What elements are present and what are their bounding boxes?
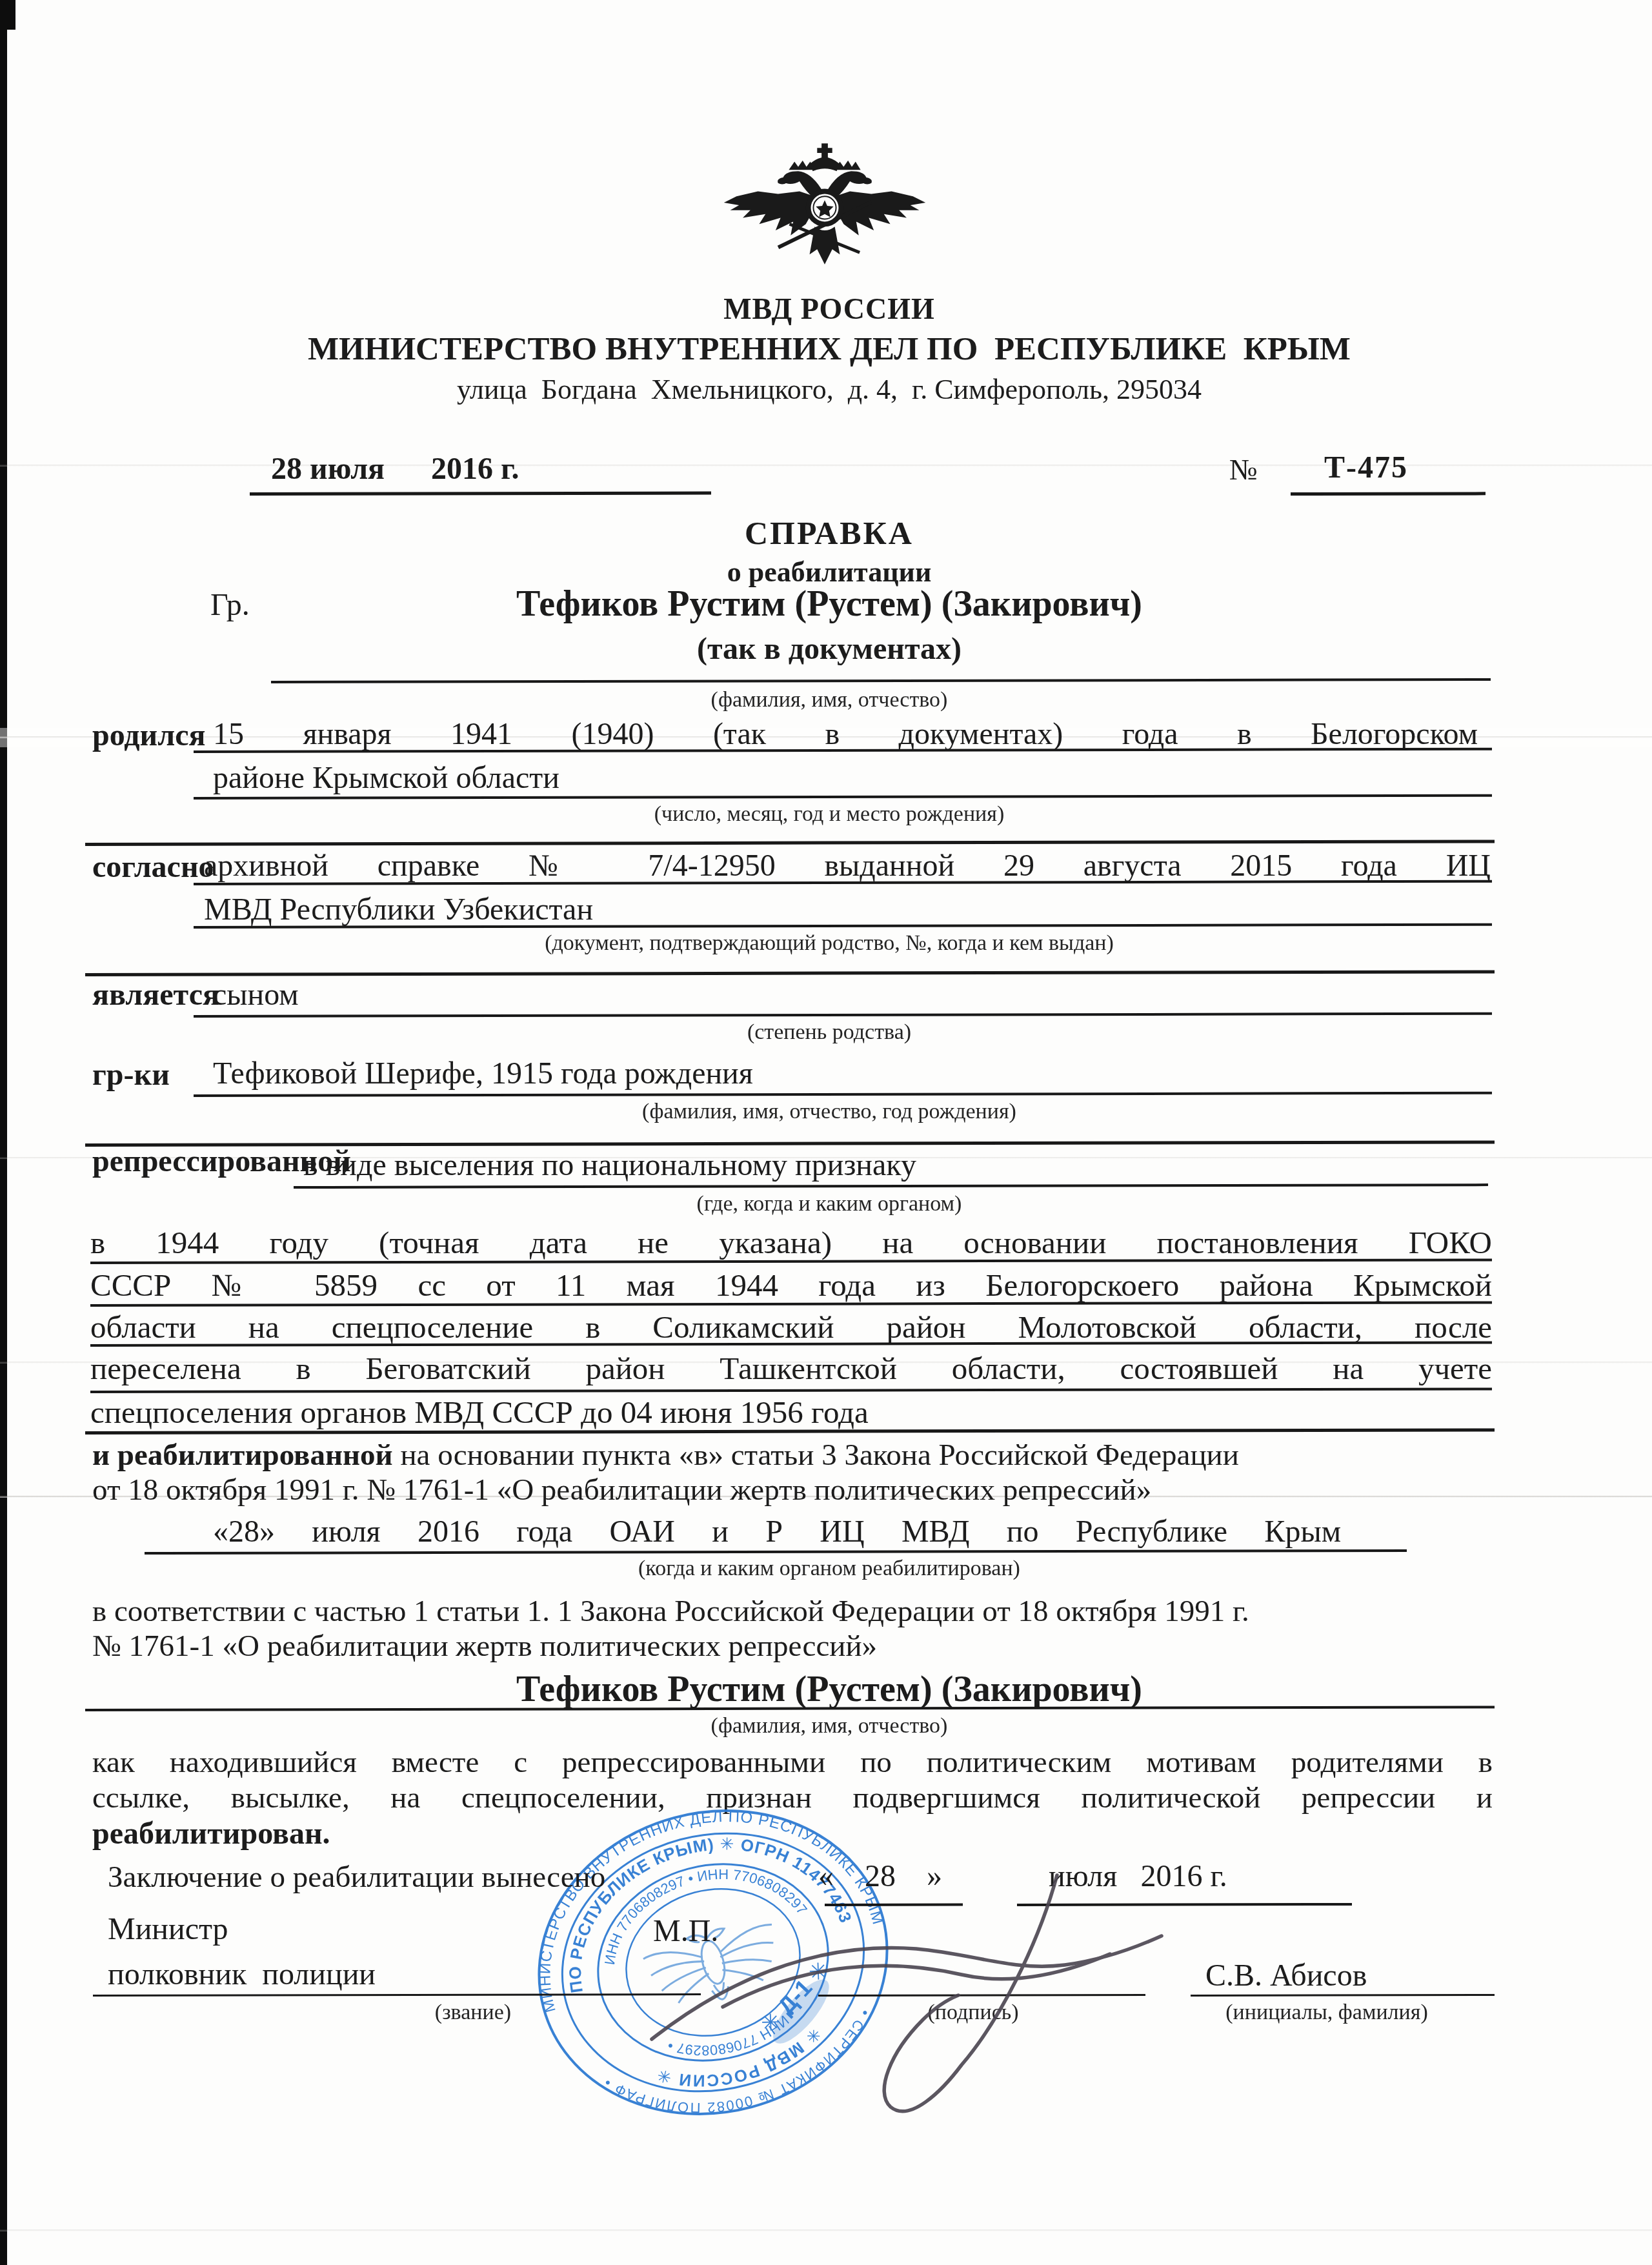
paper-crease (0, 2230, 1652, 2231)
citizen-caption: (фамилия, имя, отчество, год рождения) (84, 1100, 1575, 1124)
conclusion-name-caption: (фамилия, имя, отчество) (84, 1714, 1575, 1738)
issued-label: Заключение о реабилитации вынесено (108, 1860, 605, 1895)
repression-line: области на спецпоселение в Соликамский р… (90, 1309, 1492, 1345)
conclusion-line3: реабилитирован. (92, 1816, 330, 1851)
field-underline (145, 1549, 1407, 1555)
scan-edge-corner (0, 0, 15, 30)
signature-ink (600, 1846, 1194, 2207)
born-caption: (число, месяц, год и место рождения) (84, 802, 1575, 827)
relation-value: сыном (213, 977, 299, 1012)
rehabilitated-line3: «28» июля 2016 года ОАИ и Р ИЦ МВД по Ре… (213, 1514, 1341, 1549)
agency-full-line: МИНИСТЕРСТВО ВНУТРЕННИХ ДЕЛ ПО РЕСПУБЛИК… (84, 330, 1575, 368)
mvd-eagle-emblem (718, 142, 932, 268)
name-caption-bottom: (инициалы, фамилия) (1198, 2000, 1456, 2025)
born-label: родился (92, 718, 205, 753)
field-underline (194, 1012, 1492, 1018)
field-underline (194, 1092, 1492, 1097)
born-line2: районе Крымской области (213, 760, 559, 796)
rehabilitated-line2: от 18 октября 1991 г. № 1761-1 «О реабил… (92, 1473, 1151, 1507)
basis-line2: № 1761-1 «О реабилитации жертв политичес… (92, 1629, 877, 1664)
rehabilitated-caption: (когда и каким органом реабилитирован) (84, 1556, 1575, 1581)
date-underline (250, 492, 711, 496)
section-divider (85, 970, 1495, 976)
according-label: согласно (92, 849, 214, 885)
document-date: 28 июля 2016 г. (271, 451, 519, 487)
citizen-label: гр-ки (92, 1057, 170, 1092)
subject-name: Тефиков Рустим (Рустем) (Закирович) (84, 583, 1575, 625)
born-line1: 15 января 1941 (1940) (так в документах)… (213, 716, 1478, 752)
signatory-name: С.В. Абисов (1205, 1958, 1367, 1993)
subject-name-note: (так в документах) (84, 631, 1575, 667)
name-underline-bottom (1191, 1994, 1495, 1997)
number-underline (1291, 492, 1486, 496)
name-underline (271, 678, 1491, 683)
scanned-rehabilitation-certificate: МВД РОССИИ МИНИСТЕРСТВО ВНУТРЕННИХ ДЕЛ П… (0, 0, 1652, 2265)
field-underline (294, 1183, 1488, 1189)
according-caption: (документ, подтверждающий родство, №, ко… (84, 931, 1575, 956)
document-number: Т-475 (1324, 450, 1408, 485)
repression-line: в 1944 году (точная дата не указана) на … (90, 1224, 1492, 1261)
rehabilitated-lead: и реабилитированной на основании пункта … (92, 1438, 1239, 1473)
section-divider (85, 840, 1495, 846)
agency-short-line: МВД РОССИИ (84, 292, 1575, 326)
scan-edge-strip (0, 0, 7, 2265)
according-line2: МВД Республики Узбекистан (204, 892, 593, 927)
repression-line: переселена в Беговатский район Ташкентск… (90, 1350, 1492, 1387)
conclusion-name: Тефиков Рустим (Рустем) (Закирович) (84, 1669, 1575, 1710)
rehabilitated-lead-rest: на основании пункта «в» статьи 3 Закона … (393, 1438, 1239, 1472)
rehabilitated-lead-bold: и реабилитированной (92, 1438, 393, 1472)
field-underline (90, 1387, 1492, 1393)
basis-line1: в соответствии с частью 1 статьи 1. 1 За… (92, 1594, 1249, 1629)
relation-caption: (степень родства) (84, 1020, 1575, 1045)
name-caption: (фамилия, имя, отчество) (84, 688, 1575, 712)
relation-label: является (92, 977, 219, 1012)
conclusion-line1: как находившийся вместе с репрессированн… (92, 1745, 1493, 1780)
repression-line: спецпоселения органов МВД СССР до 04 июн… (90, 1394, 869, 1431)
repressed-caption: (где, когда и каким органом) (84, 1192, 1575, 1216)
rank-value: полковник полиции (108, 1957, 376, 1992)
repressed-value: в виде выселения по национальному призна… (303, 1147, 916, 1183)
number-sign: № (1229, 452, 1258, 487)
title-main: СПРАВКА (84, 514, 1575, 552)
rank-caption: (звание) (376, 2000, 570, 2025)
repression-line: СССР № 5859 сс от 11 мая 1944 года из Бе… (90, 1267, 1492, 1304)
according-line1: архивной справке № 7/4-12950 выданной 29… (204, 848, 1491, 883)
minister-label: Министр (108, 1911, 228, 1947)
agency-address-line: улица Богдана Хмельницкого, д. 4, г. Сим… (84, 373, 1575, 406)
citizen-value: Тефиковой Шерифе, 1915 года рождения (213, 1056, 753, 1091)
